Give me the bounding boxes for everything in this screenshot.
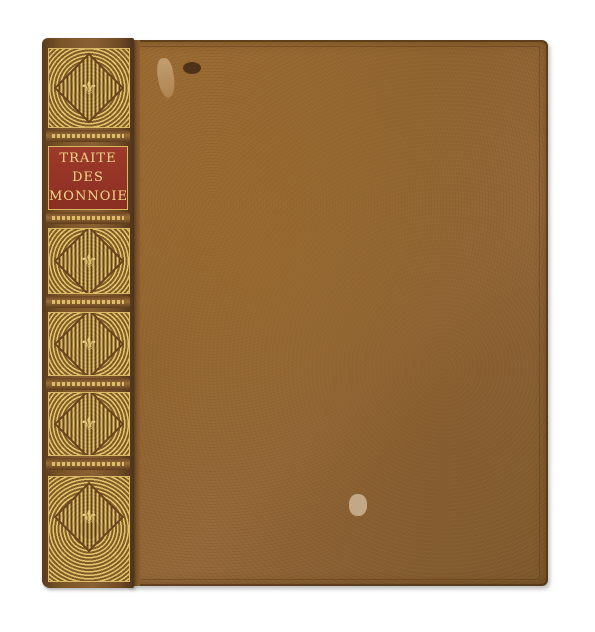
spine-raised-band <box>46 458 130 470</box>
fleuron-icon: ⚜ <box>80 507 98 527</box>
cover-dark-stain <box>183 62 201 74</box>
spine-raised-band <box>46 212 130 224</box>
spine-panel-1: ⚜ <box>48 48 130 128</box>
spine-raised-band <box>46 378 130 390</box>
fleuron-icon: ⚜ <box>80 414 98 434</box>
cover-abrasion <box>349 494 367 516</box>
spine-panel-4: ⚜ <box>48 392 130 456</box>
label-line-3: MONNOIE <box>49 187 127 206</box>
cover-blind-rule <box>136 46 540 580</box>
book-photo: ⚜ TRAITE DES MONNOIE ⚜ ⚜ ⚜ ⚜ <box>0 0 595 632</box>
fleuron-icon: ⚜ <box>80 334 98 354</box>
book-front-cover <box>128 40 548 586</box>
spine-panel-5: ⚜ <box>48 476 130 582</box>
label-line-2: DES <box>49 168 127 187</box>
spine-raised-band <box>46 296 130 308</box>
spine-raised-band <box>46 130 130 142</box>
book-spine: ⚜ TRAITE DES MONNOIE ⚜ ⚜ ⚜ ⚜ <box>42 38 134 588</box>
spine-title-label: TRAITE DES MONNOIE <box>48 146 128 210</box>
label-line-1: TRAITE <box>49 149 127 168</box>
fleuron-icon: ⚜ <box>80 251 98 271</box>
fleuron-icon: ⚜ <box>80 78 98 98</box>
spine-panel-2: ⚜ <box>48 228 130 294</box>
spine-panel-3: ⚜ <box>48 312 130 376</box>
